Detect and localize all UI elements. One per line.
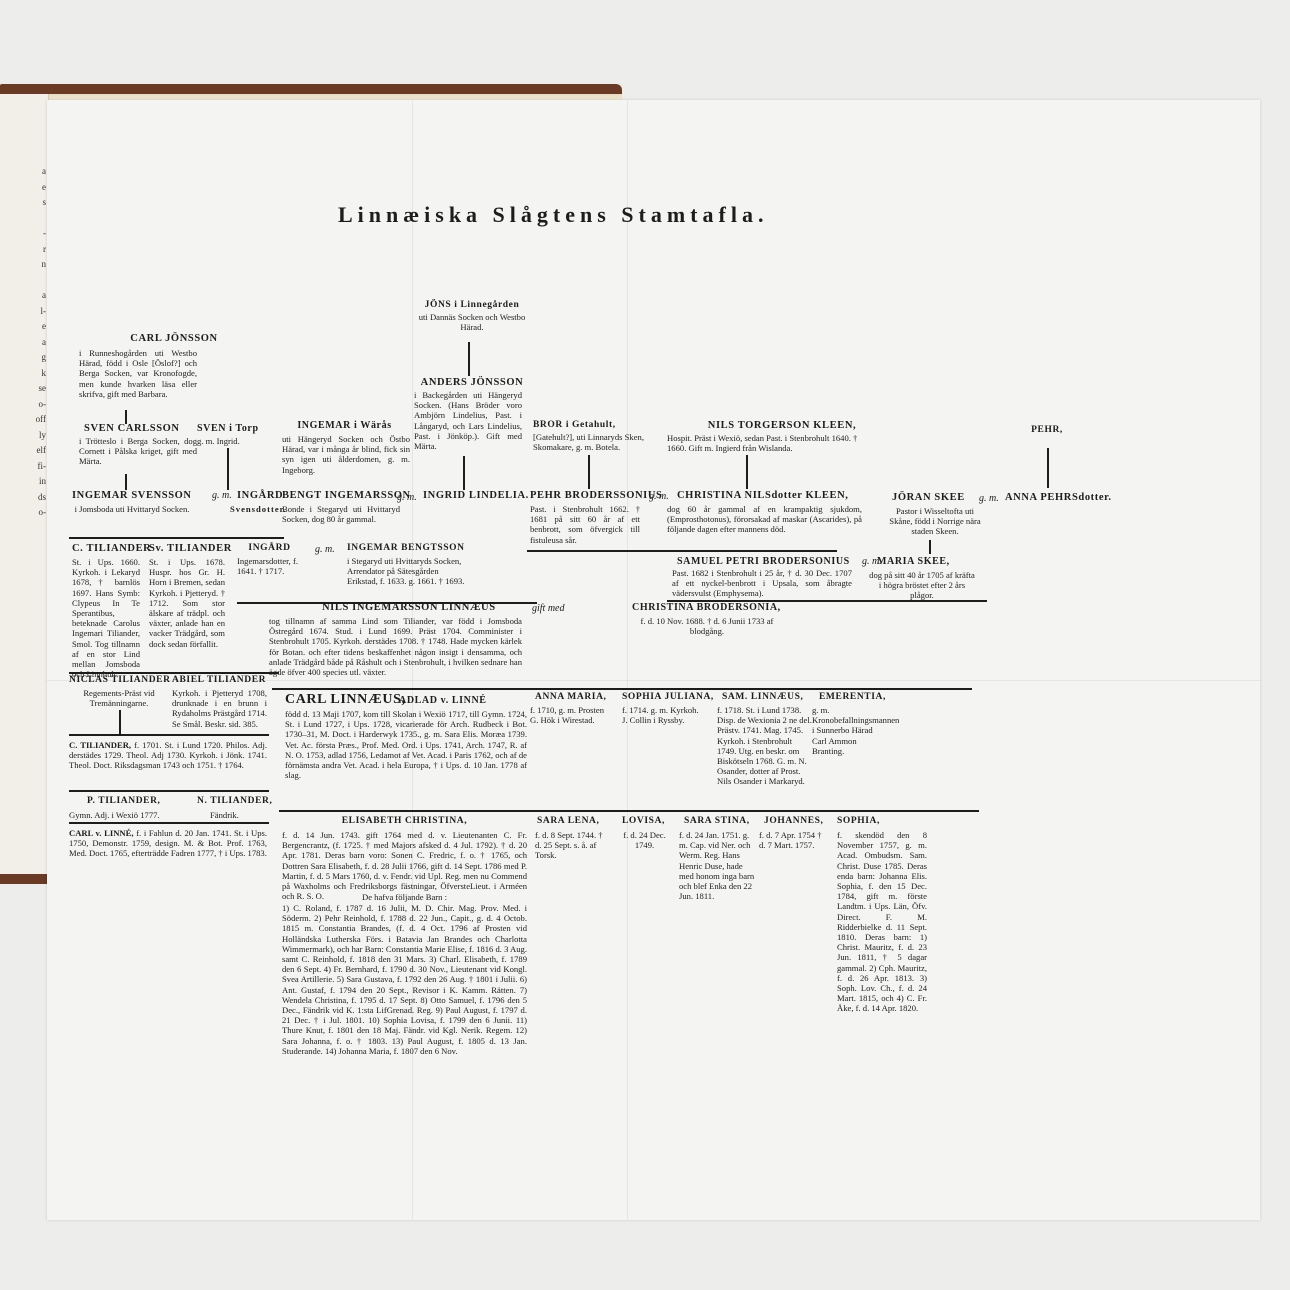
marriage-marker: g. m. bbox=[315, 544, 335, 555]
person-n-tiliander: N. TILIANDER, bbox=[197, 796, 272, 806]
person-samuel-brodersonius: SAMUEL PETRI BRODERSONIUS bbox=[677, 556, 850, 567]
person-carl-v-linne: CARL v. LINNÉ, bbox=[69, 828, 134, 838]
tree-line bbox=[746, 455, 748, 489]
brace-line bbox=[69, 672, 279, 674]
book-page-text: aes -rn al-ea gkseo- offlyelffi- indso- bbox=[2, 164, 46, 521]
person-anders-jonsson: ANDERS JÖNSSON bbox=[412, 377, 532, 388]
person-sv-tiliander: Sv. TILIANDER bbox=[149, 543, 232, 554]
person-desc: i Runneshogården uti Westbo Härad, född … bbox=[79, 348, 197, 399]
person-joran-skee: JÖRAN SKEE bbox=[892, 492, 965, 503]
person-desc: Ingemarsdotter, f. 1641. † 1717. bbox=[237, 556, 307, 576]
person-sven-carlsson: SVEN CARLSSON bbox=[84, 423, 180, 434]
tree-line bbox=[929, 540, 931, 554]
person-desc: Pastor i Wisseltofta uti Skåne, född i N… bbox=[885, 506, 985, 537]
person-abiel-tiliander: ABIEL TILIANDER bbox=[172, 675, 266, 685]
person-anna-maria: ANNA MARIA, bbox=[535, 692, 607, 702]
children-heading: De hafva följande Barn : bbox=[282, 892, 527, 902]
person-ingemar-svensson: INGEMAR SVENSSON bbox=[72, 490, 192, 501]
person-desc: Past. 1682 i Stenbrohult i 25 år, † d. 3… bbox=[672, 568, 852, 599]
person-c-tiliander: C. TILIANDER bbox=[72, 543, 151, 554]
tree-line bbox=[125, 410, 127, 424]
person-lovisa: LOVISA, bbox=[622, 816, 665, 826]
person-ingard-svensdotter: INGÅRD bbox=[237, 490, 283, 501]
person-pehr-pastor: PEHR, bbox=[982, 425, 1112, 435]
person-desc: Fändrik. bbox=[210, 810, 239, 820]
person-desc: f. d. 10 Nov. 1688. † d. 6 Junii 1733 af… bbox=[632, 616, 782, 636]
person-bengt-ingemarsson: BENGT INGEMARSSON bbox=[282, 490, 411, 501]
person-desc: f. d. 24 Dec. 1749. bbox=[617, 830, 672, 850]
person-desc: f. skendöd den 8 November 1757, g. m. Ac… bbox=[837, 830, 927, 1014]
brace-line bbox=[69, 734, 269, 736]
person-c-tiliander-1701: C. TILIANDER, bbox=[69, 740, 131, 750]
family-tree-sheet: Linnæiska Slågtens Stamtafla. CARL JÖNSS… bbox=[47, 100, 1260, 1220]
person-ingard-ingemarsdotter: INGÅRD bbox=[237, 543, 302, 553]
person-ingemar-bengtsson: INGEMAR BENGTSSON bbox=[347, 543, 465, 553]
person-sara-lena: SARA LENA, bbox=[537, 816, 600, 826]
person-desc: Gymn. Adj. i Wexiö 1777. bbox=[69, 810, 160, 820]
marriage-marker: g. m. bbox=[649, 491, 669, 502]
person-ingemar-waras: INGEMAR i Wärås bbox=[277, 420, 412, 431]
tree-line bbox=[1047, 448, 1049, 488]
ennoblement-title: ADLAD v. LINNÉ bbox=[399, 695, 487, 706]
person-johannes: JOHANNES, bbox=[764, 816, 824, 826]
person-desc: i Jomsboda uti Hvittaryd Socken. bbox=[72, 504, 192, 514]
person-sven-torp: SVEN i Torp bbox=[197, 423, 259, 434]
person-desc: St. i Ups. 1660. Kyrkoh. i Lekaryd 1678,… bbox=[72, 557, 140, 679]
person-nils-kleen: NILS TORGERSON KLEEN, bbox=[667, 420, 897, 431]
person-desc: dog på sitt 40 år 1705 af kräfta i högra… bbox=[867, 570, 977, 601]
person-desc: CARL v. LINNÉ, f. i Fahlun d. 20 Jan. 17… bbox=[69, 828, 267, 859]
person-desc: dog 60 år gammal af en krampaktig sjukdo… bbox=[667, 504, 862, 535]
person-desc: Svensdotter. bbox=[230, 504, 287, 514]
person-desc: f. d. 7 Apr. 1754 † d. 7 Mart. 1757. bbox=[759, 830, 829, 850]
person-christina-kleen: CHRISTINA NILSdotter KLEEN, bbox=[677, 490, 849, 501]
person-desc: [Gatehult?], uti Linnaryds Sken, Skomaka… bbox=[533, 432, 653, 452]
marriage-marker: g. m. bbox=[397, 492, 417, 503]
person-sophia: SOPHIA, bbox=[837, 816, 880, 826]
person-desc: f. d. 8 Sept. 1744. † d. 25 Sept. s. å. … bbox=[535, 830, 605, 861]
brace-line bbox=[272, 688, 972, 690]
person-bror: BROR i Getahult, bbox=[533, 420, 616, 430]
marriage-marker: g. m. bbox=[979, 493, 999, 504]
person-desc: Regements-Präst vid Tremänningarne. bbox=[69, 688, 169, 708]
person-desc: f. d. 14 Jun. 1743. gift 1764 med d. v. … bbox=[282, 830, 527, 901]
brace-line bbox=[69, 790, 269, 792]
person-desc: född d. 13 Maji 1707, kom till Skolan i … bbox=[285, 709, 527, 780]
person-desc: uti Dannäs Socken och Westbo Härad. bbox=[412, 312, 532, 332]
person-desc: f. 1710, g. m. Prosten G. Hök i Wirestad… bbox=[530, 705, 610, 725]
person-sam-linnaeus: SAM. LINNÆUS, bbox=[722, 692, 803, 702]
person-desc: f. 1714. g. m. Kyrkoh. J. Collin i Ryssb… bbox=[622, 705, 704, 725]
person-desc: Kyrkoh. i Pjetteryd 1708, drunknade i en… bbox=[172, 688, 267, 729]
person-desc: i Backegården uti Hängeryd Socken. (Hans… bbox=[414, 390, 522, 451]
person-sophia-juliana: SOPHIA JULIANA, bbox=[622, 692, 714, 702]
brace-line bbox=[527, 550, 837, 552]
person-desc: i Trötteslo i Berga Socken, dog Cornett … bbox=[79, 436, 197, 467]
person-desc: tog tillnamn af samma Lind som Tiliander… bbox=[269, 616, 522, 677]
person-ingrid-lindelia: INGRID LINDELIA. bbox=[423, 490, 529, 501]
person-desc: f. 1718. St. i Lund 1738. Disp. de Wexio… bbox=[717, 705, 812, 787]
marriage-marker: g. m. bbox=[212, 490, 232, 501]
children-list: 1) C. Roland, f. 1787 d. 16 Julii, M. D.… bbox=[282, 903, 527, 1056]
person-p-tiliander: P. TILIANDER, bbox=[87, 796, 161, 806]
person-desc: C. TILIANDER, f. 1701. St. i Lund 1720. … bbox=[69, 740, 267, 771]
person-maria-skee: MARIA SKEE, bbox=[877, 556, 950, 567]
person-elisabeth-christina: ELISABETH CHRISTINA, bbox=[282, 816, 527, 826]
person-carl-jonsson: CARL JÖNSSON bbox=[89, 333, 259, 344]
person-pehr-brodersonius: PEHR BRODERSSONIUS bbox=[530, 490, 662, 501]
person-desc: i Stegaryd uti Hvittaryds Socken, Arrend… bbox=[347, 556, 465, 587]
fold-line bbox=[627, 100, 628, 1220]
person-nils-linnaeus: NILS INGEMARSSON LINNÆUS bbox=[322, 602, 496, 613]
person-desc: Past. i Stenbrohult 1662. † 1681 på sitt… bbox=[530, 504, 640, 545]
person-desc: f. d. 24 Jan. 1751. g. m. Cap. vid Ner. … bbox=[679, 830, 757, 901]
person-jons: JÖNS i Linnegården bbox=[412, 300, 532, 310]
tree-line bbox=[468, 342, 470, 376]
book-left-page: aes -rn al-ea gkseo- offlyelffi- indso- bbox=[0, 94, 49, 874]
gift-med-label: gift med bbox=[532, 603, 565, 614]
tree-line bbox=[588, 455, 590, 489]
person-desc: Hospit. Präst i Wexiö, sedan Past. i Ste… bbox=[667, 433, 872, 453]
brace-line bbox=[279, 810, 979, 812]
tree-line bbox=[463, 456, 465, 490]
person-desc: uti Hängeryd Socken och Östbo Härad, var… bbox=[282, 434, 410, 475]
person-christina-brodersonia: CHRISTINA BRODERSONIA, bbox=[632, 602, 781, 613]
person-desc: St. i Ups. 1678. Huspr. hos Gr. H. Horn … bbox=[149, 557, 225, 649]
brace-line bbox=[69, 537, 284, 539]
person-carl-linnaeus: CARL LINNÆUS, bbox=[285, 692, 406, 708]
person-desc: g. m. Kronobefallningsmannen i Sunnerbo … bbox=[812, 705, 887, 756]
person-anna-pehrsdotter: ANNA PEHRSdotter. bbox=[1005, 492, 1112, 503]
person-desc: g. m. Ingrid. bbox=[197, 436, 267, 446]
person-sara-stina: SARA STINA, bbox=[684, 816, 750, 826]
tree-line bbox=[125, 474, 127, 490]
tree-line bbox=[227, 448, 229, 490]
person-niclas-tiliander: NICLAS TILIANDER bbox=[69, 675, 171, 685]
tree-line bbox=[119, 710, 121, 734]
brace-line bbox=[69, 822, 269, 824]
person-desc: Bonde i Stegaryd uti Hvittaryd Socken, d… bbox=[282, 504, 400, 524]
sheet-title: Linnæiska Slågtens Stamtafla. bbox=[338, 202, 768, 228]
person-emerentia: EMERENTIA, bbox=[819, 692, 886, 702]
